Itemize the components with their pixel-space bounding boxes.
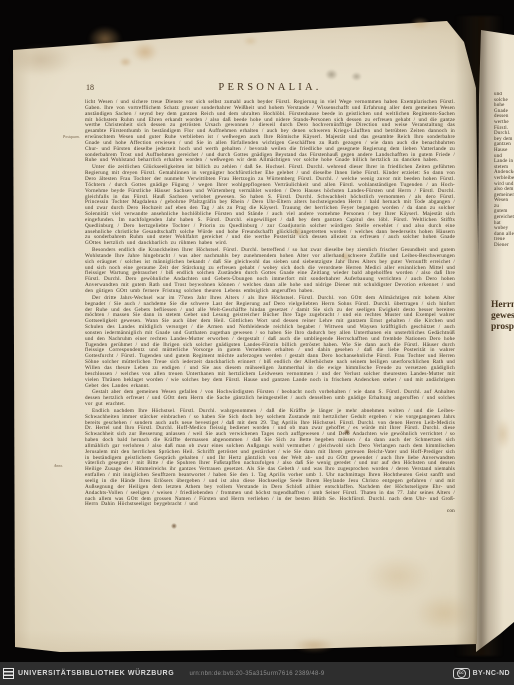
body-paragraph: Besonders endlich die Kranckheiten Ihrer… <box>85 248 455 295</box>
cc-icon: cc <box>453 668 470 679</box>
body-text: licht Wesen / und sichere treue Dienste … <box>85 100 455 516</box>
body-paragraph: Endlich nachdem Ihre Höchstsel. Fürstl. … <box>85 409 455 508</box>
marginal-note: Postquam. <box>63 135 80 139</box>
body-paragraph: Der dritte Jahrs-Wechsel war im 77sten J… <box>85 296 455 390</box>
license-text: BY-NC-ND <box>473 670 510 677</box>
body-paragraph: licht Wesen / und sichere treue Dienste … <box>85 100 455 164</box>
urn-text: urn:nbn:de:bvb:20-35a315urm7616 2389/48-… <box>0 671 514 677</box>
page-title: PERSONALIA. <box>85 82 455 93</box>
body-paragraph: Gestalt aber dem gemeinen Wesen gefallen… <box>85 390 455 408</box>
book-scan: 18 PERSONALIA. licht Wesen / und sichere… <box>0 0 514 685</box>
body-paragraph: Unter die zeitlichen Glückseeligkeiten i… <box>85 165 455 247</box>
catchword: con <box>85 509 455 515</box>
marginal-note: Anno. <box>54 464 63 468</box>
facing-page-heading: Herrn gewest prosp <box>491 300 514 342</box>
facing-page-text: und solche hohe Gnade dessen werthe Fürs… <box>494 92 514 260</box>
license-badge: cc BY-NC-ND <box>453 668 510 679</box>
footer-bar: UNIVERSITÄTSBIBLIOTHEK WÜRZBURG urn:nbn:… <box>0 662 514 685</box>
cc-circle-icon: cc <box>457 669 466 678</box>
